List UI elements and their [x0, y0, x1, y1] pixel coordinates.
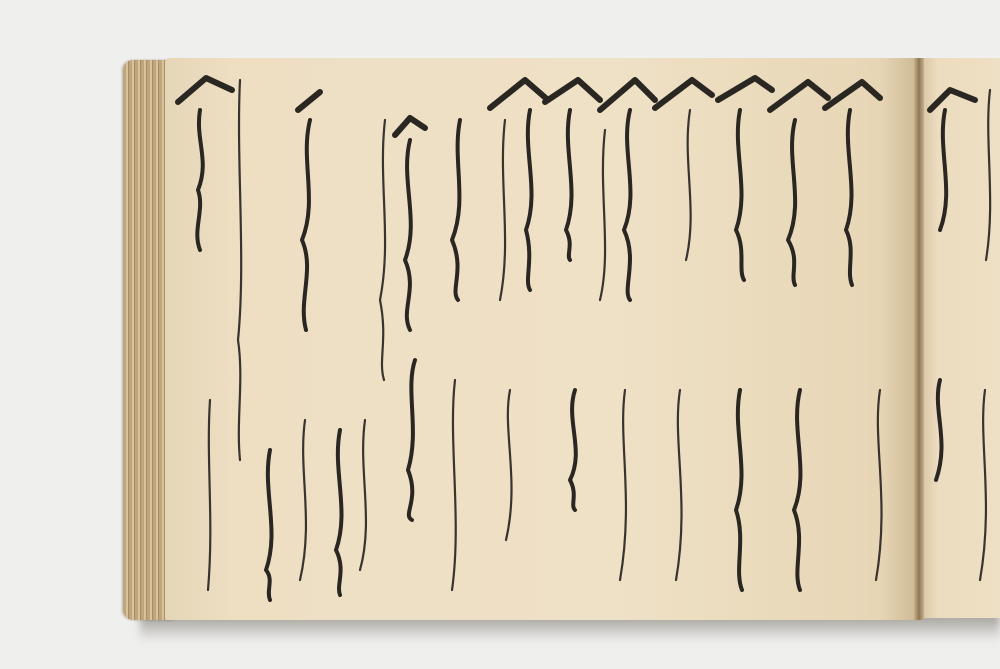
- brush-ink-columns: [0, 0, 1000, 669]
- photo-scene: [0, 0, 1000, 669]
- entry-markers: [178, 78, 975, 135]
